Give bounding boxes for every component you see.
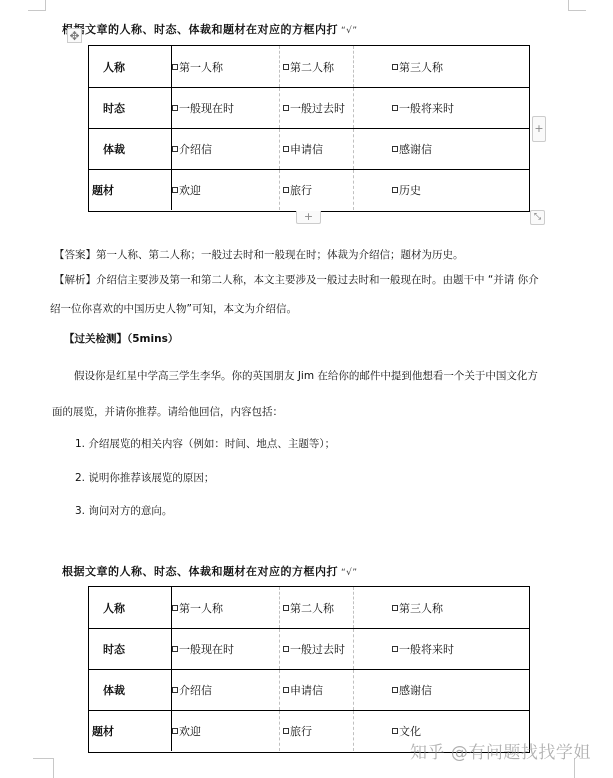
option-cell[interactable]: 欢迎 bbox=[172, 711, 280, 751]
section-title-text: 【过关检测】 bbox=[64, 333, 127, 345]
row-label: 题材 bbox=[89, 170, 172, 210]
option-label: 一般现在时 bbox=[179, 100, 234, 116]
classification-table-2: 人称 第一人称 第二人称 第三人称 时态 一般现在时 一般过去时 一般将来时 体… bbox=[88, 586, 530, 753]
row-label: 体裁 bbox=[89, 670, 172, 710]
option-label: 欢迎 bbox=[179, 723, 201, 739]
add-column-plus-icon[interactable]: + bbox=[296, 211, 321, 224]
task-item-2: 2. 说明你推荐该展览的原因； bbox=[75, 470, 214, 485]
option-label: 第一人称 bbox=[179, 59, 223, 75]
checkbox-icon[interactable] bbox=[392, 187, 398, 193]
option-label: 一般将来时 bbox=[399, 641, 454, 657]
row-label: 人称 bbox=[89, 587, 172, 628]
checkbox-icon[interactable] bbox=[172, 605, 178, 611]
option-cell[interactable]: 介绍信 bbox=[172, 129, 280, 169]
checkbox-icon[interactable] bbox=[172, 64, 178, 70]
checkbox-icon[interactable] bbox=[283, 146, 289, 152]
checkbox-icon[interactable] bbox=[392, 646, 398, 652]
section-title: 【过关检测】（5mins） bbox=[64, 331, 178, 346]
checkbox-icon[interactable] bbox=[283, 105, 289, 111]
option-cell[interactable]: 一般将来时 bbox=[354, 629, 529, 669]
option-label: 一般过去时 bbox=[290, 100, 345, 116]
option-cell[interactable]: 申请信 bbox=[280, 670, 354, 710]
option-cell[interactable]: 旅行 bbox=[280, 711, 354, 751]
tick-mark: “√” bbox=[341, 26, 358, 36]
checkbox-icon[interactable] bbox=[392, 687, 398, 693]
checkbox-icon[interactable] bbox=[283, 187, 289, 193]
option-cell[interactable]: 第三人称 bbox=[354, 587, 529, 628]
option-cell[interactable]: 介绍信 bbox=[172, 670, 280, 710]
option-cell[interactable]: 第二人称 bbox=[280, 587, 354, 628]
option-cell[interactable]: 一般现在时 bbox=[172, 629, 280, 669]
row-label: 人称 bbox=[89, 46, 172, 87]
checkbox-icon[interactable] bbox=[283, 728, 289, 734]
checkbox-icon[interactable] bbox=[392, 605, 398, 611]
table-row-topic: 题材 欢迎 旅行 历史 bbox=[89, 169, 529, 210]
instruction-heading-1: 根据文章的人称、时态、体裁和题材在对应的方框内打“√” bbox=[62, 21, 358, 37]
row-label: 体裁 bbox=[89, 129, 172, 169]
instruction-text: 根据文章的人称、时态、体裁和题材在对应的方框内打 bbox=[62, 23, 338, 36]
option-cell[interactable]: 第二人称 bbox=[280, 46, 354, 87]
analysis-paragraph-line1: 【解析】介绍信主要涉及第一和第二人称，本文主要涉及一般过去时和一般现在时。由题干… bbox=[54, 272, 539, 287]
zhihu-watermark: 知乎 @有问题找找学姐 bbox=[410, 738, 591, 763]
option-label: 历史 bbox=[399, 182, 421, 198]
analysis-text-line1: 介绍信主要涉及第一和第二人称，本文主要涉及一般过去时和一般现在时。由题干中 “并… bbox=[96, 274, 539, 286]
checkbox-icon[interactable] bbox=[172, 187, 178, 193]
table-row-tense: 时态 一般现在时 一般过去时 一般将来时 bbox=[89, 87, 529, 128]
table-move-handle-icon[interactable]: ✥ bbox=[67, 28, 82, 43]
crop-mark-top-left bbox=[28, 0, 46, 11]
option-label: 申请信 bbox=[290, 141, 323, 157]
checkbox-icon[interactable] bbox=[283, 605, 289, 611]
option-label: 介绍信 bbox=[179, 682, 212, 698]
task-line2: 面的展览，并请你推荐。请给他回信，内容包括： bbox=[52, 404, 283, 419]
option-cell[interactable]: 一般过去时 bbox=[280, 88, 354, 128]
row-label: 题材 bbox=[89, 711, 172, 751]
option-label: 第三人称 bbox=[399, 600, 443, 616]
option-label: 旅行 bbox=[290, 182, 312, 198]
option-cell[interactable]: 申请信 bbox=[280, 129, 354, 169]
checkbox-icon[interactable] bbox=[283, 646, 289, 652]
instruction-text: 根据文章的人称、时态、体裁和题材在对应的方框内打 bbox=[62, 565, 338, 578]
checkbox-icon[interactable] bbox=[172, 687, 178, 693]
table-row-genre: 体裁 介绍信 申请信 感谢信 bbox=[89, 128, 529, 169]
option-cell[interactable]: 旅行 bbox=[280, 170, 354, 210]
section-duration: （5mins） bbox=[127, 333, 178, 345]
add-row-plus-icon[interactable]: + bbox=[532, 116, 546, 142]
checkbox-icon[interactable] bbox=[392, 728, 398, 734]
option-label: 旅行 bbox=[290, 723, 312, 739]
row-label: 时态 bbox=[89, 629, 172, 669]
option-label: 文化 bbox=[399, 723, 421, 739]
checkbox-icon[interactable] bbox=[172, 146, 178, 152]
option-cell[interactable]: 感谢信 bbox=[354, 670, 529, 710]
classification-table-1: 人称 第一人称 第二人称 第三人称 时态 一般现在时 一般过去时 一般将来时 体… bbox=[88, 45, 530, 212]
checkbox-icon[interactable] bbox=[283, 64, 289, 70]
task-item-1: 1. 介绍展览的相关内容（例如：时间、地点、主题等）； bbox=[75, 436, 335, 451]
analysis-paragraph-line2: 绍一位你喜欢的中国历史人物”可知，本文为介绍信。 bbox=[50, 301, 297, 316]
option-cell[interactable]: 欢迎 bbox=[172, 170, 280, 210]
option-cell[interactable]: 第一人称 bbox=[172, 46, 280, 87]
option-label: 感谢信 bbox=[399, 141, 432, 157]
option-cell[interactable]: 第一人称 bbox=[172, 587, 280, 628]
checkbox-icon[interactable] bbox=[392, 105, 398, 111]
table-resize-handle-icon[interactable]: ⤡ bbox=[530, 210, 545, 225]
checkbox-icon[interactable] bbox=[172, 105, 178, 111]
option-label: 第二人称 bbox=[290, 600, 334, 616]
checkbox-icon[interactable] bbox=[283, 687, 289, 693]
option-cell[interactable]: 第三人称 bbox=[354, 46, 529, 87]
option-label: 第一人称 bbox=[179, 600, 223, 616]
row-label: 时态 bbox=[89, 88, 172, 128]
option-label: 欢迎 bbox=[179, 182, 201, 198]
task-line1: 假设你是红星中学高三学生李华。你的英国朋友 Jim 在给你的邮件中提到他想看一个… bbox=[74, 368, 538, 383]
option-label: 第二人称 bbox=[290, 59, 334, 75]
option-label: 第三人称 bbox=[399, 59, 443, 75]
table-row-genre: 体裁 介绍信 申请信 感谢信 bbox=[89, 669, 529, 710]
option-label: 一般过去时 bbox=[290, 641, 345, 657]
answer-paragraph: 【答案】第一人称、第二人称；一般过去时和一般现在时；体裁为介绍信；题材为历史。 bbox=[54, 247, 464, 262]
crop-mark-bottom-left bbox=[33, 758, 54, 778]
option-cell[interactable]: 一般过去时 bbox=[280, 629, 354, 669]
checkbox-icon[interactable] bbox=[172, 728, 178, 734]
option-cell[interactable]: 历史 bbox=[354, 170, 529, 210]
checkbox-icon[interactable] bbox=[392, 64, 398, 70]
tick-mark: “√” bbox=[341, 568, 358, 578]
answer-text: 第一人称、第二人称；一般过去时和一般现在时；体裁为介绍信；题材为历史。 bbox=[96, 249, 464, 261]
crop-mark-top-right bbox=[568, 0, 586, 11]
task-item-3: 3. 询问对方的意向。 bbox=[75, 503, 172, 518]
option-cell[interactable]: 感谢信 bbox=[354, 129, 529, 169]
instruction-heading-2: 根据文章的人称、时态、体裁和题材在对应的方框内打“√” bbox=[62, 563, 358, 579]
table-row-tense: 时态 一般现在时 一般过去时 一般将来时 bbox=[89, 628, 529, 669]
analysis-tag: 【解析】 bbox=[54, 274, 96, 286]
option-label: 申请信 bbox=[290, 682, 323, 698]
answer-tag: 【答案】 bbox=[54, 249, 96, 261]
option-cell[interactable]: 一般将来时 bbox=[354, 88, 529, 128]
option-label: 介绍信 bbox=[179, 141, 212, 157]
option-label: 感谢信 bbox=[399, 682, 432, 698]
option-cell[interactable]: 一般现在时 bbox=[172, 88, 280, 128]
checkbox-icon[interactable] bbox=[392, 146, 398, 152]
option-label: 一般现在时 bbox=[179, 641, 234, 657]
option-label: 一般将来时 bbox=[399, 100, 454, 116]
table-row-person: 人称 第一人称 第二人称 第三人称 bbox=[89, 587, 529, 628]
checkbox-icon[interactable] bbox=[172, 646, 178, 652]
table-row-person: 人称 第一人称 第二人称 第三人称 bbox=[89, 46, 529, 87]
